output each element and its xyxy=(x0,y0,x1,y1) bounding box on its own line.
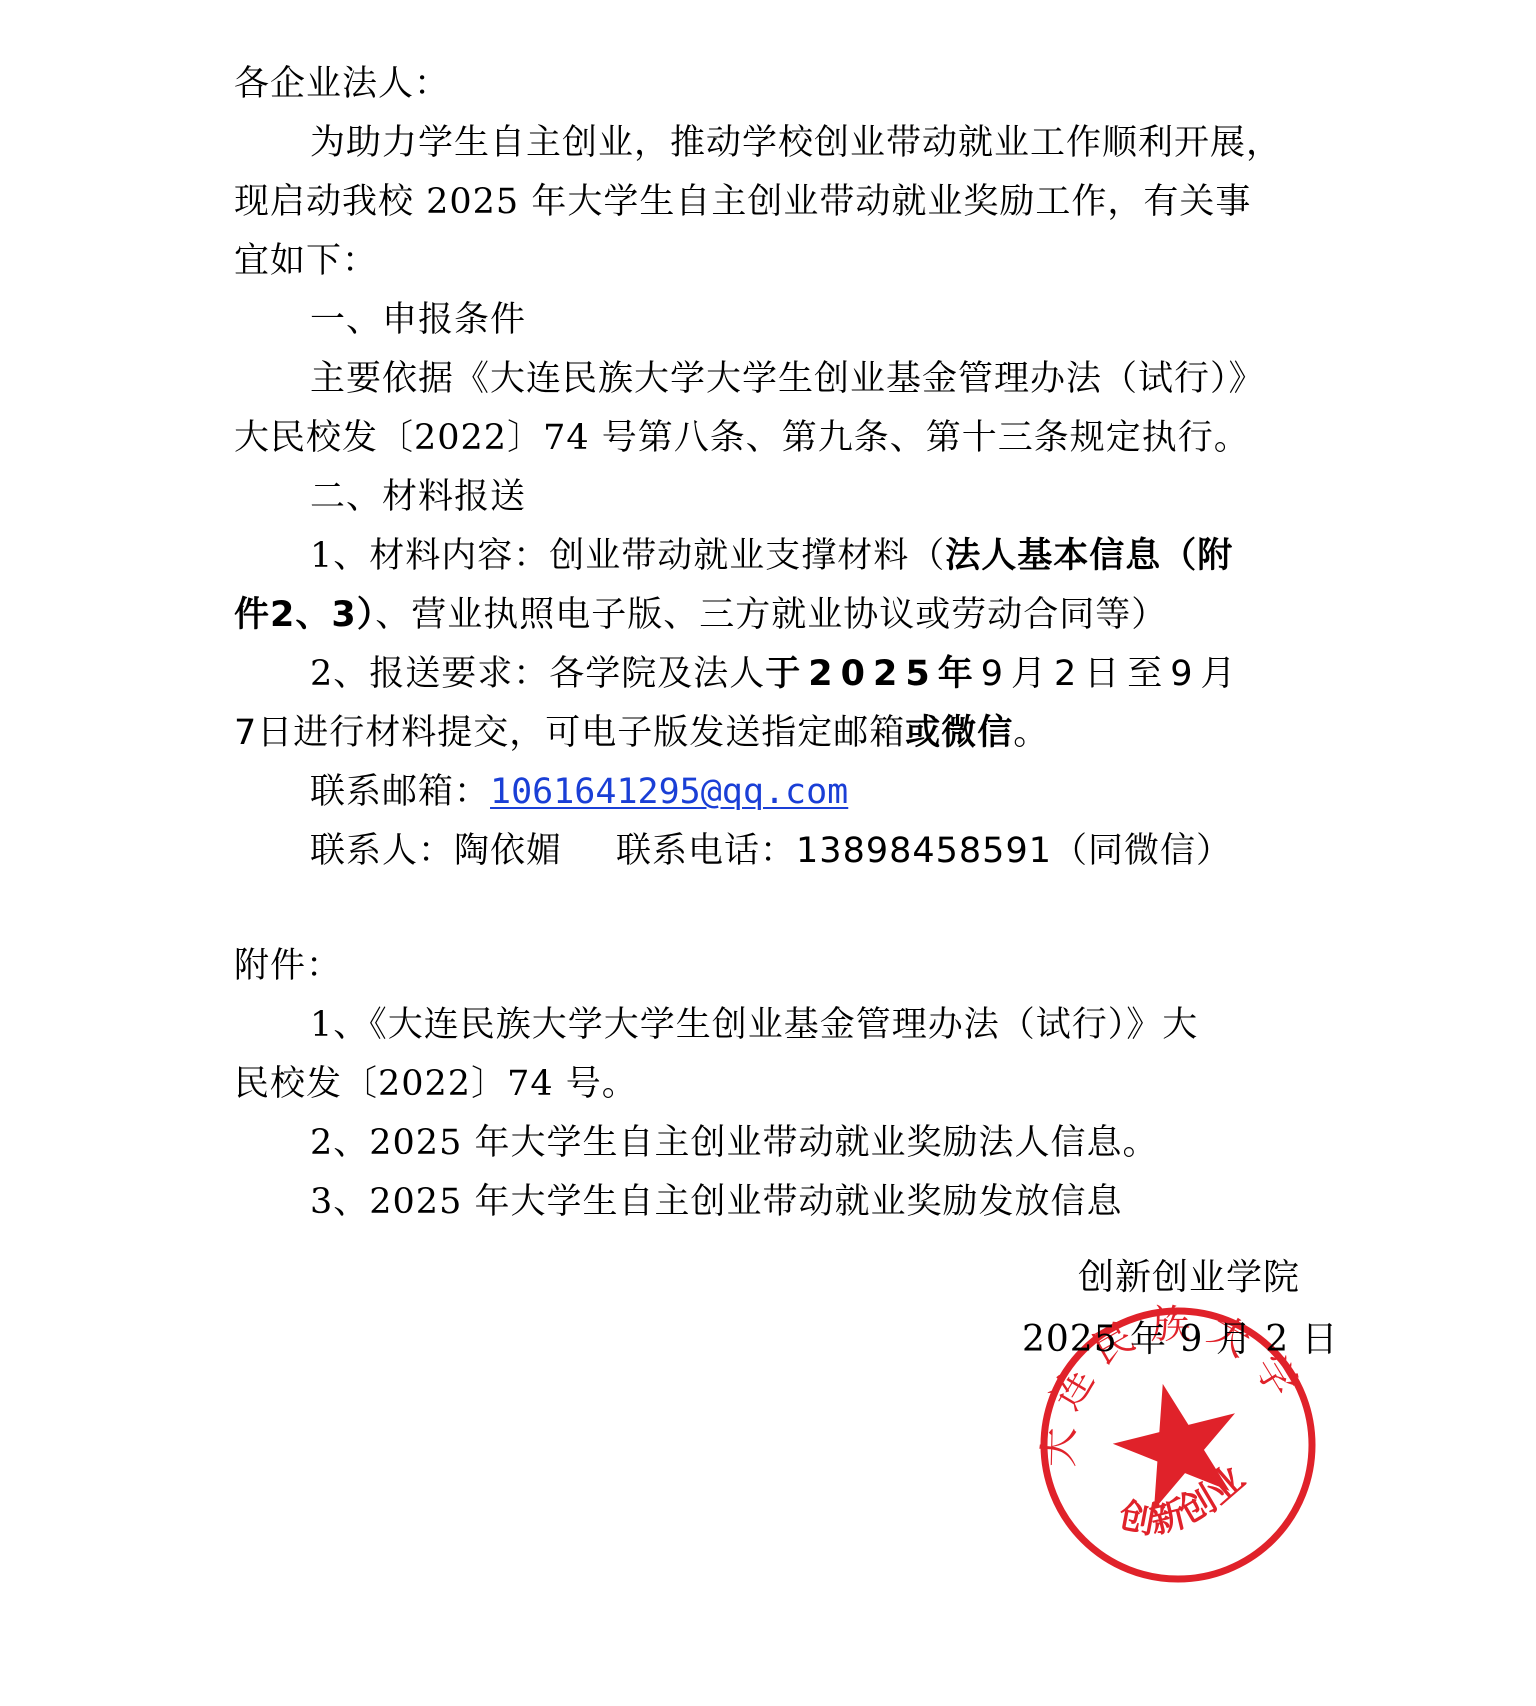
section-1-heading: 一、申报条件 xyxy=(310,298,526,342)
salutation: 各企业法人： xyxy=(234,62,450,106)
contact-email-line: 联系邮箱：1061641295@qq.com xyxy=(310,770,848,814)
intro-line-3: 宜如下： xyxy=(234,239,378,283)
signature-organization: 创新创业学院 xyxy=(1078,1256,1300,1300)
contact-email-label: 联系邮箱： xyxy=(310,772,490,812)
signature-date: 2025 年 9 月 2 日 xyxy=(1022,1318,1339,1362)
intro-line-1: 为助力学生自主创业，推动学校创业带动就业工作顺利开展， xyxy=(310,121,1282,165)
contact-email-link[interactable]: 1061641295@qq.com xyxy=(490,772,848,812)
contact-phone: 13898458591（同微信） xyxy=(796,831,1232,871)
attachments-heading: 附件： xyxy=(234,944,342,988)
submission-line-2-start: 7日进行材料提交，可电子版发送指定邮箱 xyxy=(234,713,905,753)
section-2-heading: 二、材料报送 xyxy=(310,475,526,519)
submission-wechat-bold: 或微信 xyxy=(905,713,1013,753)
attachment-1-line-1: 1、《大连民族大学大学生创业基金管理办法（试行）》大 xyxy=(310,1003,1198,1047)
contact-phone-label: 联系电话： xyxy=(616,831,796,871)
submission-date-bold: 于2025年 xyxy=(765,654,980,694)
submission-requirement-line-2: 7日进行材料提交，可电子版发送指定邮箱或微信。 xyxy=(234,711,1049,755)
attachment-3: 3、2025 年大学生自主创业带动就业奖励发放信息 xyxy=(310,1180,1122,1224)
submission-line-2-end: 。 xyxy=(1013,713,1049,753)
contact-person: 联系人：陶依媚 xyxy=(310,831,562,871)
materials-content-bold: 法人基本信息（附 xyxy=(945,536,1233,576)
materials-content-prefix: 1、材料内容：创业带动就业支撑材料（ xyxy=(310,536,945,576)
submission-date-rest: 9月2日至9月 xyxy=(981,654,1244,694)
intro-line-2: 现启动我校 2025 年大学生自主创业带动就业奖励工作，有关事 xyxy=(234,180,1251,224)
contact-person-line: 联系人：陶依媚联系电话：13898458591（同微信） xyxy=(310,829,1232,873)
attachment-2: 2、2025 年大学生自主创业带动就业奖励法人信息。 xyxy=(310,1121,1158,1165)
section-1-line-2: 大民校发〔2022〕74 号第八条、第九条、第十三条规定执行。 xyxy=(234,416,1250,460)
materials-content-rest: 、营业执照电子版、三方就业协议或劳动合同等） xyxy=(375,595,1167,635)
submission-requirement-line-1: 2、报送要求：各学院及法人于2025年9月2日至9月 xyxy=(310,652,1244,696)
submission-prefix: 2、报送要求：各学院及法人 xyxy=(310,654,765,694)
materials-content-line-2: 件2、3）、营业执照电子版、三方就业协议或劳动合同等） xyxy=(234,593,1167,637)
materials-attachment-ref: 件2、3） xyxy=(234,595,375,635)
materials-content-line-1: 1、材料内容：创业带动就业支撑材料（法人基本信息（附 xyxy=(310,534,1233,578)
document-page: 各企业法人： 为助力学生自主创业，推动学校创业带动就业工作顺利开展， 现启动我校… xyxy=(0,0,1536,1706)
attachment-1-line-2: 民校发〔2022〕74 号。 xyxy=(234,1062,638,1106)
section-1-line-1: 主要依据《大连民族大学大学生创业基金管理办法（试行）》 xyxy=(310,357,1265,401)
